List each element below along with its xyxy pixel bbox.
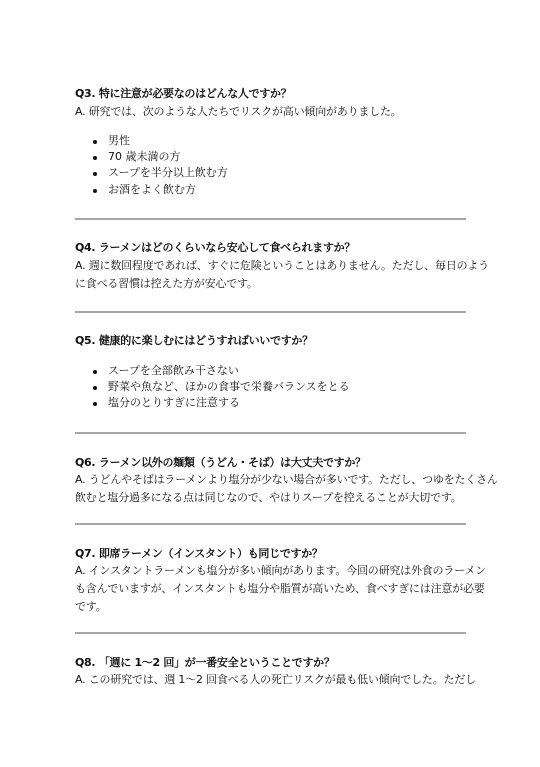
list-item: 野菜や魚など、ほかの食事で栄養バランスをとる <box>90 379 350 395</box>
list-item-text: 70 歳未満の方 <box>108 150 181 163</box>
answer-q7: A. インスタントラーメンも塩分が多い傾向があります。今回の研究は外食のラーメン… <box>75 562 486 616</box>
bullet-icon <box>93 172 97 176</box>
document-page: Q3. 特に注意が必要なのはどんな人ですか？ A. 研究では、次のような人たちで… <box>0 0 540 767</box>
question-heading-q6: Q6. ラーメン以外の麺類（うどん・そば）は大丈夫ですか？ <box>75 455 366 471</box>
section-divider <box>75 523 466 525</box>
bullet-list-q5: スープを全部飲み干さない 野菜や魚など、ほかの食事で栄養バランスをとる 塩分のと… <box>90 363 350 412</box>
list-item-text: 塩分のとりすぎに注意する <box>108 396 240 409</box>
bullet-list-q3: 男性 70 歳未満の方 スープを半分以上飲む方 お酒をよく飲む方 <box>90 133 228 198</box>
section-divider <box>75 218 466 220</box>
section-divider <box>75 632 466 634</box>
bullet-icon <box>93 402 97 406</box>
bullet-icon <box>93 156 97 160</box>
answer-q8: A. この研究では、週 1〜2 回食べる人の死亡リスクが最も低い傾向でした。ただ… <box>75 671 476 689</box>
list-item-text: スープを半分以上飲む方 <box>108 166 228 179</box>
list-item: 男性 <box>90 133 228 149</box>
list-item-text: お酒をよく飲む方 <box>108 183 196 196</box>
list-item: スープを半分以上飲む方 <box>90 165 228 181</box>
bullet-icon <box>93 370 97 374</box>
list-item-text: スープを全部飲み干さない <box>108 364 239 377</box>
list-item: お酒をよく飲む方 <box>90 182 228 198</box>
answer-q6: A. うどんやそばはラーメンより塩分が少ない場合が多いです。ただし、つゆをたくさ… <box>75 471 498 507</box>
list-item: スープを全部飲み干さない <box>90 363 350 379</box>
answer-line: です。 <box>75 598 486 616</box>
question-heading-q7: Q7. 即席ラーメン（インスタント）も同じですか？ <box>75 546 323 562</box>
answer-line: に食べる習慣は控えた方が安心です。 <box>75 275 489 293</box>
answer-line: A. インスタントラーメンも塩分が多い傾向があります。今回の研究は外食のラーメン <box>75 562 486 580</box>
section-divider <box>75 432 466 434</box>
list-item: 塩分のとりすぎに注意する <box>90 395 350 411</box>
list-item: 70 歳未満の方 <box>90 149 228 165</box>
answer-line: も含んでいますが、インスタントも塩分や脂質が高いため、食べすぎには注意が必要 <box>75 580 486 598</box>
question-heading-q8: Q8. 「週に 1〜2 回」が一番安全ということですか？ <box>75 655 335 671</box>
question-heading-q5: Q5. 健康的に楽しむにはどうすればいいですか？ <box>75 333 313 349</box>
list-item-text: 男性 <box>108 134 130 147</box>
question-heading-q3: Q3. 特に注意が必要なのはどんな人ですか？ <box>75 86 291 102</box>
list-item-text: 野菜や魚など、ほかの食事で栄養バランスをとる <box>108 380 350 393</box>
answer-q3: A. 研究では、次のような人たちでリスクが高い傾向がありました。 <box>75 103 402 121</box>
answer-line: A. この研究では、週 1〜2 回食べる人の死亡リスクが最も低い傾向でした。ただ… <box>75 671 476 689</box>
answer-line: A. 週に数回程度であれば、すぐに危険ということはありません。ただし、毎日のよう <box>75 257 489 275</box>
bullet-icon <box>93 140 97 144</box>
answer-line: 飲むと塩分過多になる点は同じなので、やはりスープを控えることが大切です。 <box>75 489 498 507</box>
bullet-icon <box>93 386 97 390</box>
answer-line: A. 研究では、次のような人たちでリスクが高い傾向がありました。 <box>75 103 402 121</box>
bullet-icon <box>93 189 97 193</box>
question-heading-q4: Q4. ラーメンはどのくらいなら安心して食べられますか？ <box>75 240 355 256</box>
answer-line: A. うどんやそばはラーメンより塩分が少ない場合が多いです。ただし、つゆをたくさ… <box>75 471 498 489</box>
answer-q4: A. 週に数回程度であれば、すぐに危険ということはありません。ただし、毎日のよう… <box>75 257 489 293</box>
section-divider <box>75 311 466 313</box>
